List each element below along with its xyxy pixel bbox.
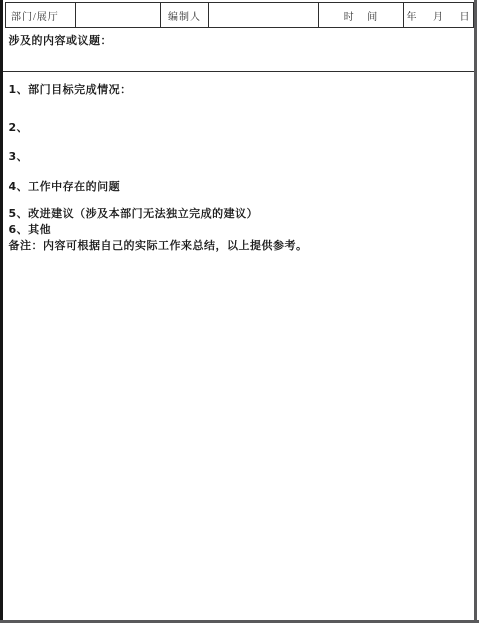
topic-label: 涉及的内容或议题： xyxy=(9,34,113,47)
topic-cell[interactable]: 涉及的内容或议题： xyxy=(3,28,475,72)
document-page: 部门/展厅 编制人 时 间 年 月 日 涉及的内容或议题： 1、部门目标完成情况… xyxy=(0,0,479,627)
department-value-cell[interactable] xyxy=(76,3,161,27)
content-line-4: 4、工作中存在的问题 xyxy=(9,178,121,194)
form-header-row: 部门/展厅 编制人 时 间 年 月 日 xyxy=(5,2,474,28)
department-label-cell: 部门/展厅 xyxy=(6,3,76,27)
content-line-6: 6、其他 xyxy=(9,221,52,237)
content-line-2: 2、 xyxy=(9,119,29,135)
content-cell[interactable]: 1、部门目标完成情况： 2、 3、 4、工作中存在的问题 5、改进建议（涉及本部… xyxy=(3,72,475,620)
page-edge-bottom xyxy=(0,620,479,623)
content-line-3: 3、 xyxy=(9,148,29,164)
page-edge-right xyxy=(474,0,477,620)
content-line-1: 1、部门目标完成情况： xyxy=(9,81,132,97)
time-label-cell: 时 间 xyxy=(319,3,404,27)
compiler-value-cell[interactable] xyxy=(209,3,319,27)
compiler-label-cell: 编制人 xyxy=(161,3,209,27)
content-line-remark: 备注：内容可根据自己的实际工作来总结，以上提供参考。 xyxy=(9,237,308,253)
date-label-cell: 年 月 日 xyxy=(404,3,474,27)
content-line-5: 5、改进建议（涉及本部门无法独立完成的建议） xyxy=(9,205,259,221)
